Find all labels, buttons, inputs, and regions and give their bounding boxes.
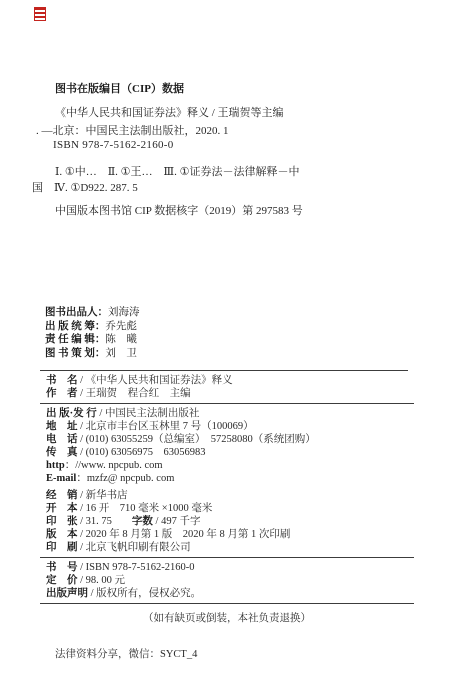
cip-heading: 图书在版编目（CIP）数据 [55,80,184,96]
credit-separator: ： [95,348,106,359]
row-label: 书 号 [46,562,78,573]
row-separator: / [78,490,86,501]
credit-separator: ： [95,334,106,345]
credit-row: 责 任 编 辑：陈 曦 [45,333,140,347]
credits-block: 图书出品人：刘海涛出 版 统 筹：乔先彪责 任 编 辑：陈 曦图 书 策 划：刘… [45,306,140,360]
credit-label: 图 书 策 划 [45,348,95,359]
credit-label: 图书出品人 [45,307,98,318]
details-row: 经 销 / 新华书店 [40,489,414,502]
row-label: 出 版·发 行 [46,408,97,419]
details-row: 书 号 / ISBN 978-7-5162-2160-0 [40,561,414,574]
details-row: 印 张 / 31. 75字数 / 497 千字 [40,515,414,528]
row-label: 印 张 [46,516,78,527]
row-value: ISBN 978-7-5162-2160-0 [86,562,195,573]
row-value: 北京飞帆印刷有限公司 [86,542,191,553]
details-row: 电 话 / (010) 63055259（总编室） 57258080（系统团购） [40,433,414,446]
row-separator: / [78,562,86,573]
details-row: 印 刷 / 北京飞帆印刷有限公司 [40,541,414,554]
row-value: (010) 63056975 63056983 [86,447,206,458]
row-separator: / [153,516,161,527]
credit-value: 刘海涛 [108,307,140,318]
row-label: 经 销 [46,490,78,501]
row-separator: / [78,447,86,458]
cip-classification-line-2: 国 Ⅳ. ①D922. 287. 5 [32,179,138,195]
row-separator: / [88,588,96,599]
row-separator: / [78,434,86,445]
copyright-page: 图书在版编目（CIP）数据 《中华人民共和国证券法》释义 / 王瑞贺等主编 . … [0,0,454,681]
row-value: mzfz@ npcpub. com [87,473,175,484]
cip-classification-line-1: Ⅰ. ①中… Ⅱ. ①王… Ⅲ. ①证券法－法律解释－中 [55,163,300,179]
row-separator: / [78,516,86,527]
credit-separator: ： [98,307,109,318]
row-label: 书 名 [46,375,78,386]
row-value: 新华书店 [86,490,128,501]
row-separator: ： [76,473,87,484]
details-row: 传 真 / (010) 63056975 63056983 [40,446,414,459]
credit-value: 陈 曦 [105,334,137,345]
credit-row: 图 书 策 划：刘 卫 [45,347,140,361]
row-label: http [46,460,65,471]
row-value: //www. npcpub. com [75,460,162,471]
details-row: 出 版·发 行 / 中国民主法制出版社 [40,407,414,420]
row-label: 地 址 [46,421,78,432]
row-value: 版权所有，侵权必究。 [96,588,201,599]
row-label: 传 真 [46,447,78,458]
cip-isbn-line: ISBN 978-7-5162-2160-0 [53,139,174,151]
divider [40,370,408,371]
publication-details: 书 名 / 《中华人民共和国证券法》释义作 者 / 王瑞贺 程合红 主编出 版·… [40,374,414,607]
details-row: 定 价 / 98. 00 元 [40,574,414,587]
share-note: 法律资料分享，微信：SYCT_4 [55,646,197,661]
cip-publisher-line: . —北京：中国民主法制出版社，2020. 1 [36,122,229,138]
row-separator: / [78,542,86,553]
exchange-note: （如有缺页或倒装，本社负责退换） [40,610,414,625]
row-label: 版 本 [46,529,78,540]
row-value: 497 千字 [161,516,200,527]
details-row: http：//www. npcpub. com [40,459,414,472]
row-label: 电 话 [46,434,78,445]
row-separator: / [78,421,86,432]
details-row: 作 者 / 王瑞贺 程合红 主编 [40,387,414,400]
details-row: E-mail：mzfz@ npcpub. com [40,472,414,485]
credit-value: 刘 卫 [105,348,137,359]
row-label: E-mail [46,473,76,484]
row-value: 《中华人民共和国证券法》释义 [86,375,233,386]
details-row: 出版声明 / 版权所有，侵权必究。 [40,587,414,600]
row-separator: ： [65,460,76,471]
divider [40,403,414,404]
row-separator: / [78,529,86,540]
credit-separator: ： [95,321,106,332]
row-value: 16 开 710 毫米 ×1000 毫米 [86,503,213,514]
details-row: 书 名 / 《中华人民共和国证券法》释义 [40,374,414,387]
row-value: 2020 年 8 月第 1 版 2020 年 8 月第 1 次印刷 [86,529,291,540]
row-value: 北京市丰台区玉林里 7 号（100069） [86,421,254,432]
row-value: (010) 63055259（总编室） 57258080（系统团购） [86,434,316,445]
credit-row: 出 版 统 筹：乔先彪 [45,320,140,334]
divider [40,557,414,558]
credit-value: 乔先彪 [105,321,137,332]
row-label: 印 刷 [46,542,78,553]
credit-label: 出 版 统 筹 [45,321,95,332]
credit-row: 图书出品人：刘海涛 [45,306,140,320]
row-value: 98. 00 元 [86,575,125,586]
red-stamp-mark [35,8,45,20]
row-separator: / [97,408,105,419]
row-value: 中国民主法制出版社 [105,408,200,419]
details-row: 地 址 / 北京市丰台区玉林里 7 号（100069） [40,420,414,433]
row-value: 王瑞贺 程合红 主编 [86,388,191,399]
details-row: 开 本 / 16 开 710 毫米 ×1000 毫米 [40,502,414,515]
divider [40,603,414,604]
row-label: 出版声明 [46,588,88,599]
row-value: 31. 75 [86,516,112,527]
details-row: 版 本 / 2020 年 8 月第 1 版 2020 年 8 月第 1 次印刷 [40,528,414,541]
row-label: 定 价 [46,575,78,586]
row-label: 开 本 [46,503,78,514]
row-separator: / [78,503,86,514]
cip-title-line: 《中华人民共和国证券法》释义 / 王瑞贺等主编 [55,104,284,120]
row-separator: / [78,575,86,586]
cip-record-number-line: 中国版本图书馆 CIP 数据核字（2019）第 297583 号 [55,202,303,218]
row-label: 字数 [132,516,153,527]
row-separator: / [78,388,86,399]
credit-label: 责 任 编 辑 [45,334,95,345]
row-label: 作 者 [46,388,78,399]
row-separator: / [78,375,86,386]
